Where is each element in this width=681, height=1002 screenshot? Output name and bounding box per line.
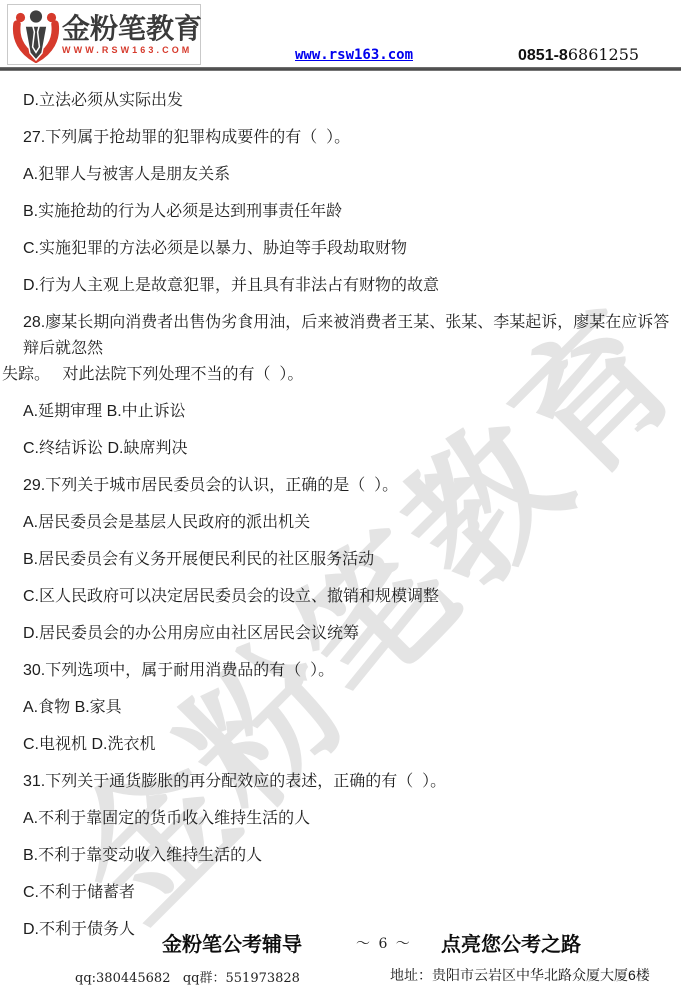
footer-slogan: 点亮您公考之路 <box>441 928 581 957</box>
text-line: A.居民委员会是基层人民政府的派出机关 <box>23 510 671 536</box>
brand-title: 金粉笔教育 <box>62 15 202 43</box>
paragraph-row: 失踪。 对此法院下列处理不当的有（ ）。 <box>2 362 671 388</box>
header-divider <box>0 67 681 71</box>
text-line: A.延期审理 B.中止诉讼 <box>23 399 671 425</box>
qq-contact-info: qq:380445682 qq群：551973828 <box>75 967 300 986</box>
page: 金粉笔教育 金粉笔教育 WWW.RSW163.COM www.rsw163.co… <box>0 0 681 1002</box>
paragraph-row: 28.廖某长期向消费者出售伪劣食用油，后来被消费者王某、张某、李某起诉，廖某在应… <box>2 310 671 362</box>
text-line: 31.下列关于通货膨胀的再分配效应的表述，正确的有（ ）。 <box>23 769 671 795</box>
brand-site-url: WWW.RSW163.COM <box>62 46 202 55</box>
text-line: C.终结诉讼 D.缺席判决 <box>23 436 671 462</box>
text-line: B.居民委员会有义务开展便民利民的社区服务活动 <box>23 547 671 573</box>
text-line: C.实施犯罪的方法必须是以暴力、胁迫等手段劫取财物 <box>23 236 671 262</box>
phone-number: 0851-86861255 <box>518 45 639 65</box>
logo: 金粉笔教育 WWW.RSW163.COM <box>7 4 201 65</box>
text-line: D.立法必须从实际出发 <box>23 88 671 114</box>
text-line: 30.下列选项中，属于耐用消费品的有（ ）。 <box>23 658 671 684</box>
text-line: B.实施抢劫的行为人必须是达到刑事责任年龄 <box>23 199 671 225</box>
question-paragraph: 28.廖某长期向消费者出售伪劣食用油，后来被消费者王某、张某、李某起诉，廖某在应… <box>2 310 671 388</box>
text-line: A.食物 B.家具 <box>23 695 671 721</box>
phone-prefix: 0851-8 <box>518 47 568 64</box>
people-tie-logo-icon <box>12 9 60 63</box>
text-line: C.区人民政府可以决定居民委员会的设立、撤销和规模调整 <box>23 584 671 610</box>
text-line: 27.下列属于抢劫罪的犯罪构成要件的有（ ）。 <box>23 125 671 151</box>
text-line: B.不利于靠变动收入维持生活的人 <box>23 843 671 869</box>
question-list: D.立法必须从实际出发27.下列属于抢劫罪的犯罪构成要件的有（ ）。A.犯罪人与… <box>23 88 671 954</box>
text-line: C.不利于储蓄者 <box>23 880 671 906</box>
text-line: 29.下列关于城市居民委员会的认识，正确的是（ ）。 <box>23 473 671 499</box>
text-line: C.电视机 D.洗衣机 <box>23 732 671 758</box>
text-line: A.不利于靠固定的货币收入维持生活的人 <box>23 806 671 832</box>
site-link[interactable]: www.rsw163.com <box>295 47 413 63</box>
footer-brand-tagline: 金粉笔公考辅导 <box>162 928 302 957</box>
text-line: D.行为人主观上是故意犯罪，并且具有非法占有财物的故意 <box>23 273 671 299</box>
address-info: 地址：贵阳市云岩区中华北路众厦大厦6楼 <box>390 965 650 985</box>
logo-text: 金粉笔教育 WWW.RSW163.COM <box>62 15 202 55</box>
phone-suffix: 6861255 <box>568 45 639 64</box>
text-line: A.犯罪人与被害人是朋友关系 <box>23 162 671 188</box>
page-number: ～ 6 ～ <box>356 933 412 953</box>
text-line: D.居民委员会的办公用房应由社区居民会议统筹 <box>23 621 671 647</box>
